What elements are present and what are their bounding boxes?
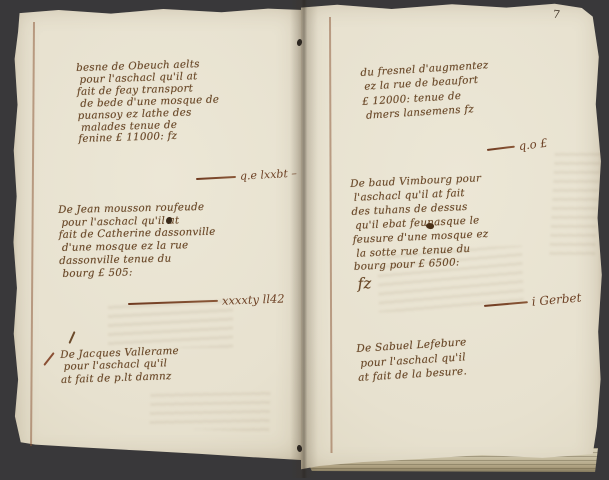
ink-bleed-through — [149, 388, 270, 432]
pen-stroke — [484, 301, 528, 307]
manuscript-paragraph: De baud Vimbourg pourl'aschacl qu'il at … — [350, 172, 491, 292]
manuscript-paragraph: du fresnel d'augmentezez la rue de beauf… — [360, 58, 492, 123]
manuscript-paragraph: De Jacques Valleramepour l'aschacl qu'il… — [60, 345, 180, 386]
manuscript-paragraph: besne de Obeuch aeltspour l'aschacl qu'i… — [76, 59, 220, 147]
annotation-text: xxxxty ll42 — [222, 292, 285, 308]
ink-bleed-through — [549, 147, 601, 261]
manuscript-paragraph: De Jean mousson roufeudepour l'aschacl q… — [58, 201, 216, 280]
pen-stroke — [128, 300, 218, 305]
pen-stroke — [487, 146, 515, 151]
pen-stroke — [196, 175, 236, 179]
binding-gutter-shadow — [290, 0, 318, 478]
manuscript-scan: 7 besne de Obeuch aeltspour l'aschacl qu… — [0, 0, 609, 480]
manuscript-paragraph: De Sabuel Lefeburepour l'aschacl qu'ilat… — [356, 335, 469, 385]
